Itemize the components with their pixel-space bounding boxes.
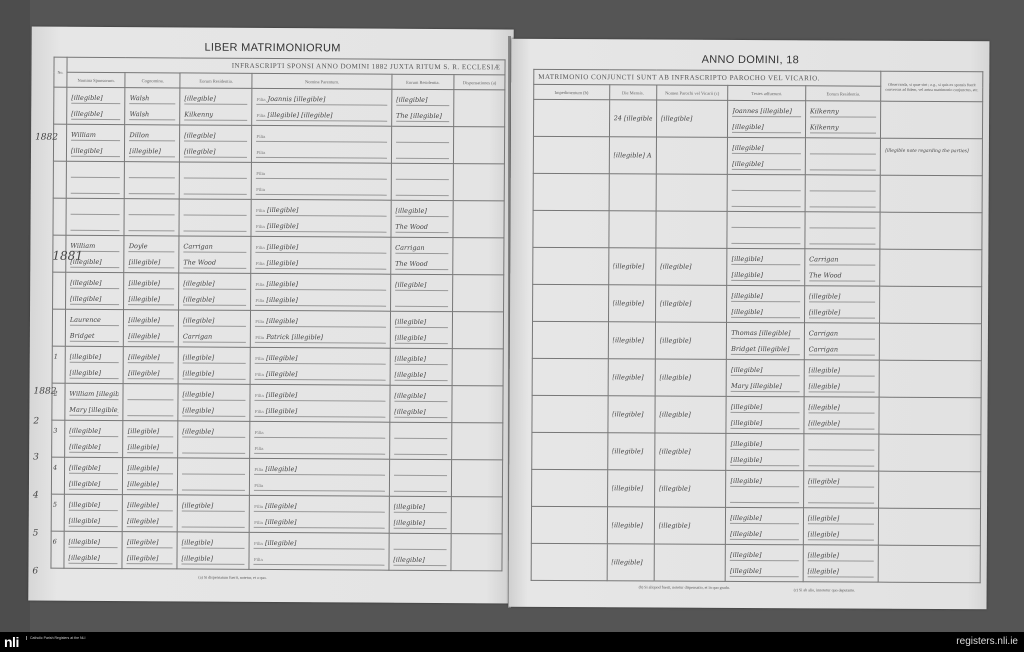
handwritten-entry: [illegible] — [808, 530, 875, 540]
cell-no: 1 — [52, 346, 65, 383]
cell-parent-residence: [illegible]The [illegible] — [391, 89, 454, 126]
handwritten-entry: [illegible] — [394, 355, 448, 365]
handwritten-entry: The Wood — [183, 258, 246, 268]
handwritten-entry: [illegible] — [70, 369, 120, 379]
entry-value: [illegible] — [182, 406, 214, 414]
cell-date: [illegible] — [607, 433, 655, 470]
cell-witnesses: [illegible][illegible] — [726, 396, 804, 433]
cell-priest — [656, 211, 728, 248]
margin-note: 3 — [33, 453, 39, 463]
handwritten-entry: [illegible] — [659, 411, 722, 420]
cell-witnesses: [illegible][illegible] — [726, 433, 804, 470]
handwritten-entry — [536, 447, 603, 456]
filia-label: Filia — [254, 483, 263, 488]
handwritten-entry: Kilkenny — [810, 123, 877, 133]
entry-value: [illegible] — [127, 480, 159, 488]
handwritten-entry — [394, 466, 448, 476]
entry-value: [illegible] — [70, 369, 102, 377]
register-entry-row: [illegible][illegible][illegible][illegi… — [532, 395, 981, 434]
cell-parents: Filia[illegible]Filia[illegible] — [250, 495, 390, 533]
entry-value: [illegible] — [69, 501, 101, 509]
cell-priest: [illegible] — [655, 322, 727, 359]
cell-residence: CarriganThe Wood — [179, 236, 252, 273]
cell-names: [illegible][illegible] — [64, 457, 123, 494]
handwritten-entry: [illegible] — [184, 94, 247, 104]
cell-parent-residence — [389, 422, 452, 459]
cell-witnesses: Thomas [illegible]Bridget [illegible] — [727, 322, 805, 359]
filia-label: Filia — [254, 557, 263, 562]
entry-number — [55, 205, 62, 214]
filia-label: Filia — [255, 393, 264, 398]
entry-value: [illegible] — [267, 280, 299, 288]
handwritten-entry: [illegible] — [71, 94, 121, 104]
filia-label: Filia — [255, 372, 264, 377]
entry-value: [illegible] — [182, 538, 214, 546]
handwritten-entry — [659, 559, 722, 568]
cell-parents: Filia[illegible]Filia — [250, 458, 390, 496]
cell-disp — [452, 423, 503, 460]
cell-surnames: [illegible][illegible] — [122, 532, 177, 569]
handwritten-entry — [394, 445, 448, 455]
handwritten-entry — [809, 218, 876, 228]
handwritten-entry: Carrigan — [395, 244, 449, 254]
cell-disp — [451, 497, 502, 534]
marriage-register-table-right: MATRIMONIO CONJUNCTI SUNT AB INFRASCRIPT… — [531, 69, 984, 583]
entry-value: [illegible] — [267, 259, 299, 267]
cell-impediment — [533, 99, 609, 136]
entry-value: [illegible] — [69, 464, 101, 472]
entry-value: [illegible] — [183, 353, 215, 361]
entry-value: Doyle — [129, 242, 148, 250]
entry-value: [illegible] — [265, 539, 297, 547]
handwritten-entry: [illegible] — [182, 501, 245, 511]
handwritten-entry: [illegible] — [612, 373, 650, 382]
cell-observations — [878, 545, 980, 583]
register-entry-row: FiliaFilia — [53, 161, 504, 201]
entry-value: [illegible] — [395, 281, 427, 289]
cell-surnames — [123, 384, 178, 421]
cell-residence: [illegible]Carrigan — [178, 310, 251, 347]
register-entry-row: Filia[illegible]Filia[illegible][illegib… — [53, 198, 504, 238]
handwritten-entry: FiliaJoannis [illegible] — [257, 95, 387, 106]
entry-value: [illegible] — [265, 502, 297, 510]
register-entry-row: 2William [illegible]Mary [illegible][ill… — [52, 383, 503, 423]
cell-names — [66, 198, 125, 235]
cell-impediment — [533, 284, 609, 321]
register-entry-row: LaurenceBridget[illegible][illegible][il… — [52, 309, 503, 349]
handwritten-entry — [613, 225, 651, 234]
handwritten-entry — [394, 429, 448, 439]
handwritten-entry — [536, 484, 603, 493]
footnote-right-b: (b) Si aliquod fuerit, notetur dispensat… — [639, 584, 730, 589]
handwritten-entry — [396, 133, 450, 143]
register-entry-row: 4[illegible][illegible][illegible][illeg… — [51, 457, 502, 497]
cell-names: [illegible][illegible] — [65, 346, 124, 383]
entry-value: [illegible] — [69, 517, 101, 525]
entry-value: [illegible] — [129, 279, 161, 287]
cell-witness-residence: [illegible][illegible] — [804, 397, 880, 434]
handwritten-entry: [illegible] — [129, 279, 175, 289]
entry-value: Joannis [illegible] — [268, 95, 326, 103]
handwritten-entry — [129, 221, 175, 231]
handwritten-entry — [883, 480, 976, 498]
entry-value: [illegible] — [184, 94, 216, 102]
handwritten-entry: Kilkenny — [184, 110, 247, 120]
cell-parents: FiliaFilia — [252, 125, 392, 163]
column-header: Nomina Sponsorum. — [67, 72, 126, 87]
handwritten-entry: [illegible] — [395, 318, 449, 328]
margin-note: 6 — [32, 567, 38, 577]
entry-value: [illegible] — [394, 408, 426, 416]
entry-value: [illegible] — [396, 96, 428, 104]
filia-label: Filia — [254, 467, 263, 472]
cell-observations — [880, 286, 982, 324]
handwritten-entry — [71, 184, 121, 194]
column-header: Nomen Parochi vel Vicarii (c) — [656, 85, 728, 100]
handwritten-entry — [182, 464, 245, 474]
entry-value: [illegible] — [127, 501, 159, 509]
register-entry-row: 24 [illegible][illegible]Joannes [illegi… — [533, 99, 982, 138]
entry-value: [illegible] — [127, 554, 159, 562]
entry-value: [illegible] — [266, 370, 298, 378]
filia-label: Filia — [256, 208, 265, 213]
handwritten-entry — [808, 456, 875, 466]
entry-value: [illegible] — [129, 258, 161, 266]
filia-label: Filia — [255, 430, 264, 435]
cell-witnesses — [727, 211, 805, 248]
handwritten-entry: Thomas [illegible] — [731, 329, 800, 339]
cell-disp — [454, 90, 505, 127]
entry-value: Mary [illegible] — [69, 406, 119, 414]
cell-parent-residence: [illegible][illegible] — [390, 385, 453, 422]
cell-disp — [453, 164, 504, 201]
cell-parents: Filia[illegible]Filia[illegible] — [250, 384, 390, 422]
cell-impediment — [532, 358, 608, 395]
entry-value: [illegible] — [71, 147, 103, 155]
cell-residence: [illegible][illegible] — [179, 273, 252, 310]
handwritten-entry: [illegible] — [731, 308, 800, 318]
handwritten-entry: [illegible] — [730, 530, 799, 540]
handwritten-entry — [613, 188, 651, 197]
handwritten-entry: [illegible] — [70, 279, 120, 289]
handwritten-entry: [illegible] — [127, 554, 173, 564]
cell-no: 5 — [51, 494, 64, 531]
cell-priest — [656, 137, 728, 174]
cell-names — [66, 161, 125, 198]
handwritten-entry: [illegible] — [183, 316, 246, 326]
handwritten-entry: The Wood — [395, 223, 449, 233]
entry-value: [illegible] — [70, 353, 102, 361]
filia-label: Filia — [255, 298, 264, 303]
register-entry-row: William[illegible]Doyle[illegible]Carrig… — [53, 235, 504, 275]
handwritten-entry — [810, 160, 877, 170]
handwritten-entry: Joannes [illegible] — [732, 107, 801, 117]
handwritten-entry — [660, 226, 723, 235]
handwritten-entry — [182, 443, 245, 453]
handwritten-entry: [illegible] — [70, 353, 120, 363]
entry-value: Patrick [illegible] — [266, 333, 323, 341]
handwritten-entry: [illegible] — [127, 517, 173, 527]
handwritten-entry — [885, 258, 978, 276]
entry-value: [illegible] — [267, 222, 299, 230]
handwritten-entry: [illegible] — [732, 255, 801, 265]
handwritten-entry — [809, 234, 876, 244]
handwritten-entry: Filia — [254, 481, 384, 492]
cell-priest: [illegible] — [655, 433, 727, 470]
handwritten-entry: [illegible] — [183, 295, 246, 305]
handwritten-entry: [illegible] — [128, 427, 174, 437]
cell-observations — [879, 397, 981, 435]
handwritten-entry: [illegible] — [182, 406, 245, 416]
handwritten-entry: The Wood — [809, 271, 876, 281]
footnote-right-c: (c) Si ab alio, innotetur quo deputante. — [794, 587, 856, 592]
entry-value: [illegible] — [69, 480, 101, 488]
handwritten-entry: Filia[illegible] — [254, 502, 384, 513]
entry-value: [illegible] — [127, 464, 159, 472]
entry-value: [illegible] — [69, 443, 101, 451]
entry-number: 5 — [53, 501, 60, 510]
handwritten-entry: [illegible] — [731, 403, 800, 413]
handwritten-entry: [illegible] — [659, 448, 722, 457]
cell-parent-residence: [illegible][illegible] — [390, 311, 453, 348]
entry-value: William [illegible] — [69, 390, 119, 398]
entry-value: [illegible] — [395, 207, 427, 215]
register-entry-row: [illegible][illegible][illegible][illegi… — [532, 432, 981, 471]
entry-value: [illegible] — [129, 147, 161, 155]
cell-parent-residence — [391, 126, 454, 163]
cell-witnesses: Joannes [illegible][illegible] — [728, 100, 806, 137]
cell-priest — [654, 544, 726, 581]
footnote-left: (a) Si dispensatum fuerit, notetur, et a… — [198, 575, 266, 580]
cell-surnames — [125, 162, 180, 199]
filia-label: Filia — [256, 245, 265, 250]
handwritten-entry: Filia[illegible] [illegible] — [257, 111, 387, 122]
entry-value: William — [71, 131, 96, 139]
handwritten-entry: [illegible] — [732, 160, 801, 170]
cell-date: [illegible] April — [609, 137, 657, 174]
entry-value: [illegible] — [128, 316, 160, 324]
cell-parents: Filia[illegible]FiliaPatrick [illegible] — [251, 310, 391, 348]
cell-observations — [881, 101, 983, 139]
handwritten-entry: [illegible] — [69, 501, 119, 511]
register-entry-row: [illegible][illegible][illegible][illegi… — [533, 284, 982, 323]
entry-value: [illegible] — [128, 443, 160, 451]
filia-label: Filia — [255, 335, 264, 340]
handwritten-entry — [71, 168, 121, 178]
cell-observations — [879, 434, 981, 472]
cell-priest: [illegible] — [655, 396, 727, 433]
cell-names: [illegible][illegible] — [65, 272, 124, 309]
handwritten-entry: [illegible] — [69, 464, 119, 474]
nli-logo-subtitle: Catholic Parish Registers at the NLI — [26, 636, 85, 640]
register-entry-row: [illegible] April[illegible][illegible][… — [533, 136, 982, 175]
entry-value: [illegible] — [394, 355, 426, 363]
handwritten-entry: [illegible] — [71, 147, 121, 157]
handwritten-entry — [396, 186, 450, 196]
margin-note: 2 — [33, 417, 39, 427]
cell-no — [53, 124, 66, 161]
cell-impediment — [532, 432, 608, 469]
entry-value: [illegible] — [266, 354, 298, 362]
register-entry-row: [illegible][illegible][illegible]Mary [i… — [532, 358, 981, 397]
cell-no — [53, 198, 66, 235]
register-entry-row: [illegible][illegible][illegible][illegi… — [53, 272, 504, 312]
entry-value: [illegible] — [266, 407, 298, 415]
handwritten-entry — [538, 188, 605, 197]
handwritten-entry — [393, 540, 447, 550]
cell-parent-residence: CarriganThe Wood — [391, 237, 454, 274]
handwritten-entry — [730, 493, 799, 503]
handwritten-entry: [illegible] — [181, 554, 244, 564]
site-link[interactable]: registers.nli.ie — [956, 636, 1018, 647]
handwritten-entry: Walsh — [130, 110, 176, 120]
handwritten-entry: William — [71, 131, 121, 141]
handwritten-entry: Filia[illegible] — [255, 280, 385, 291]
register-page-left: LIBER MATRIMONIORUM No. INFRASCRIPTI SPO… — [28, 27, 513, 604]
cell-surnames: [illegible][illegible] — [123, 421, 178, 458]
cell-date: [illegible] — [607, 470, 655, 507]
entry-value: [illegible] — [68, 554, 100, 562]
handwritten-entry: [illegible] — [612, 484, 650, 493]
entry-value: [illegible] — [183, 279, 215, 287]
handwritten-entry: [illegible] — [127, 464, 173, 474]
handwritten-entry: [illegible] — [394, 503, 448, 513]
entry-value: [illegible] — [395, 334, 427, 342]
column-header: Dispensationes (a) — [454, 75, 505, 90]
cell-residence — [179, 162, 252, 199]
handwritten-entry: [illegible] — [69, 480, 119, 490]
handwritten-entry — [884, 406, 977, 424]
cell-parent-residence: [illegible] — [389, 533, 452, 570]
cell-no: 3 — [52, 420, 65, 457]
handwritten-entry — [537, 225, 604, 234]
handwritten-entry: Mary [illegible] — [69, 406, 119, 416]
handwritten-entry: Filia[illegible] — [256, 243, 386, 254]
handwritten-entry: [illegible] — [128, 332, 174, 342]
margin-note: 1882 — [35, 133, 58, 143]
handwritten-entry: [illegible] — [732, 123, 801, 133]
handwritten-entry: Bridget [illegible] — [731, 345, 800, 355]
handwritten-entry — [884, 443, 977, 461]
cell-parents: Filia[illegible]Filia[illegible] — [250, 347, 390, 385]
cell-witnesses: [illegible][illegible] — [728, 137, 806, 174]
cell-witness-residence — [805, 175, 881, 212]
cell-observations — [880, 175, 982, 213]
column-header: Nomina Parentum. — [252, 73, 392, 89]
handwritten-entry — [128, 390, 174, 400]
cell-residence: [illegible]Kilkenny — [180, 88, 253, 125]
handwritten-entry: Filia — [256, 148, 386, 159]
handwritten-entry — [885, 184, 978, 202]
filia-label: Filia — [257, 97, 266, 102]
handwritten-entry: [illegible] — [129, 258, 175, 268]
nli-logo[interactable]: nli — [4, 634, 19, 650]
entry-value: [illegible] — [71, 94, 103, 102]
handwritten-entry — [808, 493, 875, 503]
handwritten-entry: [illegible] — [127, 538, 173, 548]
handwritten-entry: [illegible] — [731, 440, 800, 450]
register-entry-row: William[illegible]Dillon[illegible][ille… — [53, 124, 504, 164]
margin-note: 1882 — [33, 387, 56, 397]
entry-number — [55, 94, 62, 103]
cell-parents: FiliaJoannis [illegible]Filia[illegible]… — [252, 88, 392, 126]
handwritten-entry: [illegible note regarding the parties] — [885, 147, 978, 165]
cell-impediment — [533, 247, 609, 284]
cell-impediment — [532, 469, 608, 506]
cell-parent-residence: [illegible][illegible] — [390, 348, 453, 385]
register-entry-row: 5[illegible][illegible][illegible][illeg… — [51, 494, 502, 534]
entry-value: [illegible] — [71, 110, 103, 118]
cell-impediment — [532, 321, 608, 358]
handwritten-entry — [537, 373, 604, 382]
handwritten-entry: 24 [illegible] — [614, 114, 652, 123]
handwritten-entry: Doyle — [129, 242, 175, 252]
handwritten-entry: Carrigan — [809, 345, 876, 355]
cell-surnames: WalshWalsh — [125, 88, 180, 125]
handwritten-entry: [illegible] — [611, 558, 649, 567]
cell-residence: [illegible][illegible] — [178, 347, 251, 384]
entry-number — [55, 168, 62, 177]
cell-names: [illegible][illegible] — [64, 494, 123, 531]
margin-note: 1881 — [52, 249, 83, 263]
handwritten-entry: [illegible] — [127, 480, 173, 490]
cell-priest — [656, 174, 728, 211]
cell-parents: FiliaFilia — [252, 162, 392, 200]
handwritten-entry: [illegible] — [182, 390, 245, 400]
cell-disp — [452, 386, 503, 423]
handwritten-entry: [illegible] — [128, 353, 174, 363]
column-header: Testes adfuerunt. — [728, 85, 806, 100]
handwritten-entry — [395, 297, 449, 307]
cell-observations: [illegible note regarding the parties] — [881, 138, 983, 176]
cell-no: 6 — [51, 531, 64, 568]
handwritten-entry: Kilkenny — [810, 107, 877, 117]
handwritten-entry: [illegible] — [731, 366, 800, 376]
handwritten-entry — [71, 205, 121, 215]
cell-names: [illegible][illegible] — [67, 87, 126, 124]
handwritten-entry: [illegible] — [732, 144, 801, 154]
handwritten-entry: Walsh — [130, 94, 176, 104]
cell-surnames — [124, 199, 179, 236]
cell-parents: Filia[illegible]Filia[illegible] — [251, 236, 391, 274]
entry-value: [illegible] — [127, 517, 159, 525]
handwritten-entry: Filia — [254, 444, 384, 455]
handwritten-entry: [illegible] — [660, 337, 723, 346]
handwritten-entry — [184, 205, 247, 215]
cell-names: [illegible][illegible] — [65, 420, 124, 457]
cell-date: [illegible] — [607, 544, 655, 581]
handwritten-entry: FiliaPatrick [illegible] — [255, 333, 385, 344]
cell-date: [illegible] — [607, 507, 655, 544]
filia-label: Filia — [254, 541, 263, 546]
cell-residence: [illegible][illegible] — [178, 384, 251, 421]
cell-names: [illegible][illegible] — [64, 531, 123, 568]
cell-disp — [453, 238, 504, 275]
filia-label: Filia — [256, 224, 265, 229]
cell-parent-residence: [illegible]The Wood — [391, 200, 454, 237]
margin-note: 5 — [33, 529, 39, 539]
page-title-right: ANNO DOMINI, 18 — [511, 53, 989, 68]
entry-value: Carrigan — [183, 332, 212, 340]
handwritten-entry — [884, 295, 977, 313]
cell-witness-residence — [805, 138, 881, 175]
handwritten-entry: [illegible] — [809, 366, 876, 376]
handwritten-entry: Filia[illegible] — [256, 206, 386, 217]
cell-witnesses: [illegible] — [726, 470, 804, 507]
entry-value: Carrigan — [183, 242, 212, 250]
handwritten-entry: [illegible] — [808, 382, 875, 392]
handwritten-entry — [885, 110, 978, 128]
